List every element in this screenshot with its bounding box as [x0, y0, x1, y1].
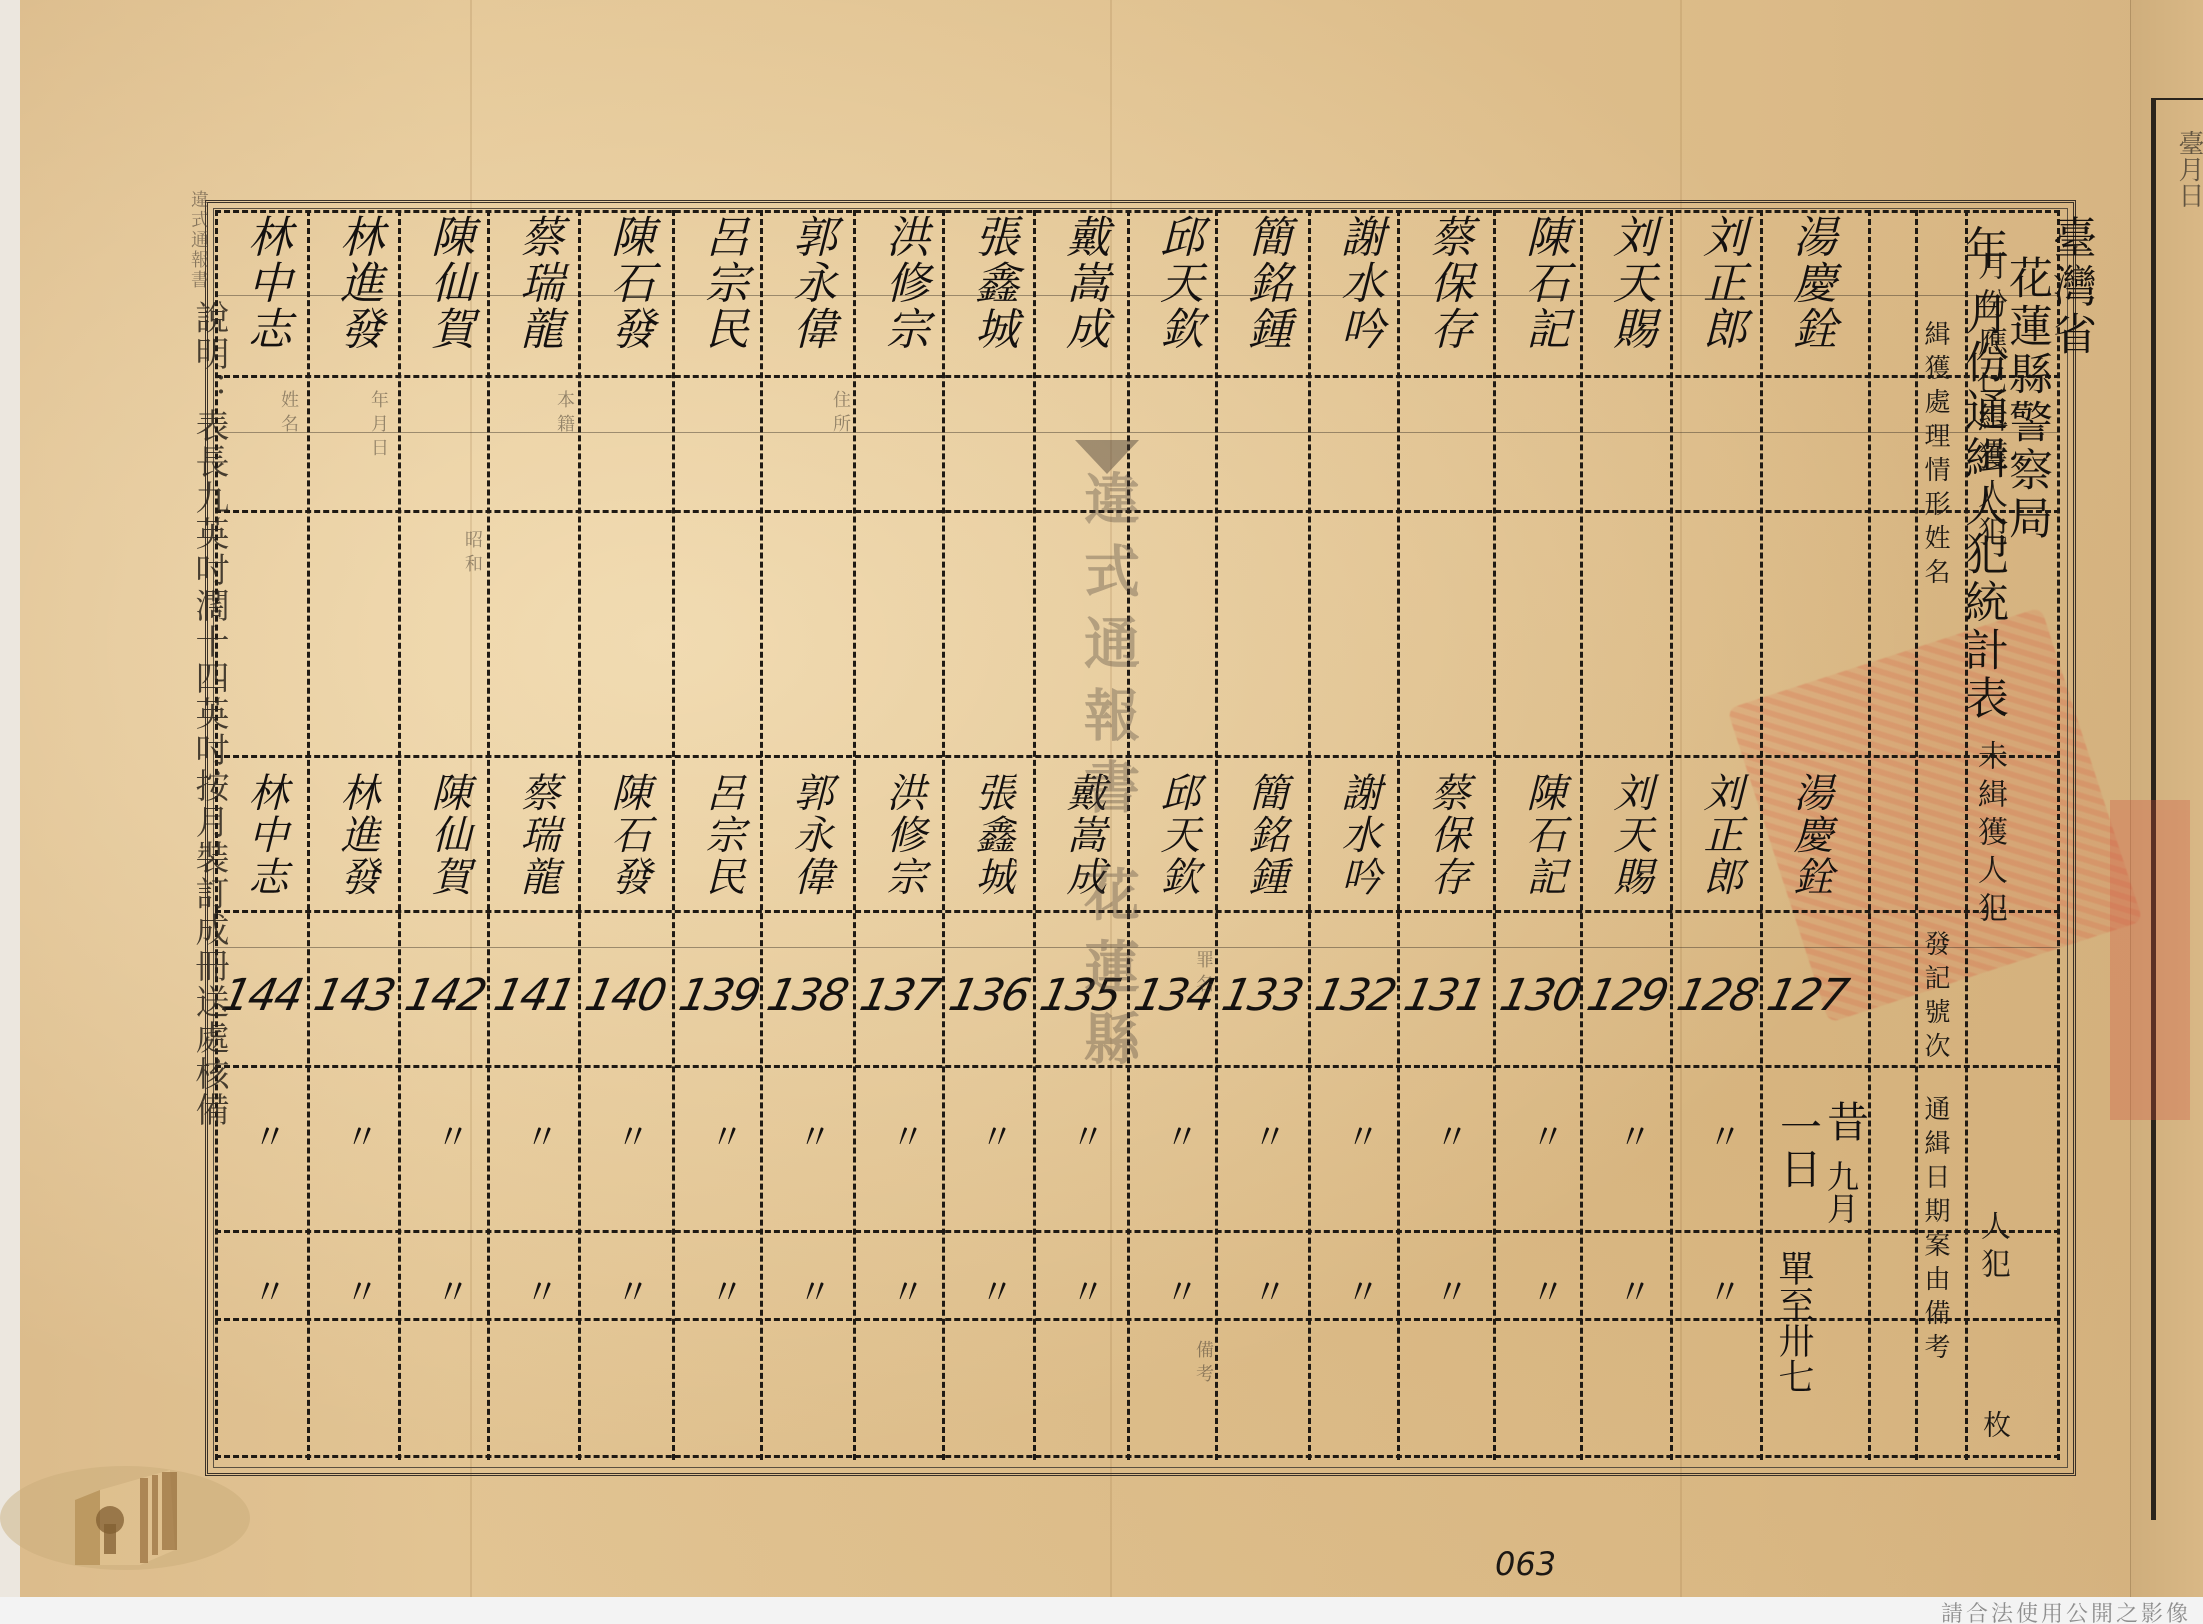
printed-label: 昭和 — [459, 530, 485, 578]
ditto-mark: 〃 — [891, 1110, 925, 1159]
record-number: 129 — [1579, 970, 1676, 1021]
page-number: 063 — [1495, 1545, 1556, 1583]
record-name-copy: 刘天賜 — [1602, 772, 1659, 898]
record-column-133: 簡銘鍾 簡銘鍾 133 〃 〃 — [1215, 210, 1308, 1460]
record-name-copy: 邱天欽 — [1149, 772, 1206, 898]
ditto-mark: 〃 — [345, 1110, 379, 1159]
record-number: 143 — [306, 970, 403, 1021]
record-name: 湯慶銓 — [1778, 214, 1842, 352]
ditto-mark: 〃 — [1531, 1110, 1565, 1159]
record-number: 132 — [1307, 970, 1404, 1021]
record-number: 139 — [671, 970, 768, 1021]
ditto-mark: 〃 — [436, 1265, 470, 1314]
record-name-copy: 陳石發 — [600, 772, 657, 898]
record-name: 陳石發 — [596, 214, 660, 352]
record-name: 林進發 — [325, 214, 389, 352]
ditto-mark: 〃 — [1435, 1265, 1469, 1314]
printed-label: 備考 — [1190, 1340, 1216, 1388]
record-name: 謝水吟 — [1326, 214, 1390, 352]
header-wanted-date: 通緝日期案由備考 — [1917, 1095, 1954, 1367]
ditto-mark: 〃 — [1071, 1110, 1105, 1159]
record-name-copy: 林中志 — [237, 772, 294, 898]
record-name-copy: 林進發 — [329, 772, 386, 898]
ditto-mark: 〃 — [1435, 1110, 1469, 1159]
printed-label: 姓名 — [275, 390, 301, 438]
record-name: 林中志 — [233, 214, 297, 352]
ditto-mark: 〃 — [1253, 1265, 1287, 1314]
record-name: 洪修宗 — [871, 214, 935, 352]
record-number: 136 — [941, 970, 1038, 1021]
header-arrest-status: 緝獲處理情形姓名 — [1917, 320, 1954, 592]
side-printed-label: 違式通報書 — [185, 190, 211, 290]
ditto-mark: 〃 — [525, 1110, 559, 1159]
record-column-140: 陳石發 陳石發 140 〃 〃 — [578, 210, 672, 1460]
record-number: 128 — [1669, 970, 1766, 1021]
printed-label: 本籍 — [551, 390, 577, 438]
record-name: 呂宗民 — [690, 214, 754, 352]
side-instruction-note: 說明：表長九英吋濶十四英吋按月裝訂成冊送處核備 — [185, 300, 234, 1128]
ditto-mark: 〃 — [710, 1110, 744, 1159]
ditto-mark: 〃 — [1708, 1265, 1742, 1314]
record-name-copy: 洪修宗 — [875, 772, 932, 898]
title-province: 臺灣省 — [2048, 215, 2092, 723]
record-name-copy: 陳石記 — [1515, 772, 1572, 898]
record-column-128: 刘正郎 刘正郎 128 〃 〃 — [1670, 210, 1760, 1460]
record-name-copy: 陳仙賀 — [420, 772, 477, 898]
ditto-mark: 〃 — [980, 1110, 1014, 1159]
page-title: 臺灣省 花蓮縣警察局 年 月份通緝人犯統計表 — [1960, 215, 2092, 723]
ditto-mark: 〃 — [798, 1110, 832, 1159]
record-name-copy: 郭永偉 — [782, 772, 839, 898]
record-name-copy: 張鑫城 — [964, 772, 1021, 898]
printed-stamp-text: 違式通報書 花蓮縣 — [1068, 470, 1148, 1082]
printed-label: 年月日 — [365, 390, 391, 462]
record-name: 張鑫城 — [960, 214, 1024, 352]
record-name: 刘正郎 — [1688, 214, 1752, 352]
header-count: 枚 — [1975, 1410, 2015, 1446]
record-column-137: 洪修宗 洪修宗 137 〃 〃 — [853, 210, 942, 1460]
header-not-arrested: 未緝獲人犯 — [1967, 740, 2011, 930]
ditto-mark: 〃 — [1165, 1110, 1199, 1159]
record-name: 簡銘鍾 — [1233, 214, 1297, 352]
grid-rule — [1868, 210, 1871, 1460]
record-column-136: 張鑫城 張鑫城 136 〃 〃 — [942, 210, 1033, 1460]
record-number: 130 — [1492, 970, 1589, 1021]
ditto-mark: 〃 — [1531, 1265, 1565, 1314]
record-name: 邱天欽 — [1145, 214, 1209, 352]
title-form-name: 年 月份通緝人犯統計表 — [1960, 225, 2004, 723]
record-number: 127 — [1759, 970, 1856, 1021]
ditto-mark: 〃 — [436, 1110, 470, 1159]
record-name-copy: 湯慶銓 — [1782, 772, 1839, 898]
record-name-copy: 簡銘鍾 — [1237, 772, 1294, 898]
ditto-mark: 〃 — [253, 1265, 287, 1314]
record-name: 蔡瑞龍 — [505, 214, 569, 352]
footer-band — [0, 1597, 2203, 1624]
ditto-mark: 〃 — [1346, 1110, 1380, 1159]
ditto-mark: 〃 — [616, 1265, 650, 1314]
record-name: 郭永偉 — [778, 214, 842, 352]
ditto-mark: 〃 — [1618, 1265, 1652, 1314]
record-number: 138 — [759, 970, 856, 1021]
ditto-mark: 〃 — [1618, 1110, 1652, 1159]
record-column-131: 蔡保存 蔡保存 131 〃 〃 — [1397, 210, 1493, 1460]
printed-label: 住所 — [827, 390, 853, 438]
printed-label: 罪名 — [1190, 950, 1216, 998]
record-name: 蔡保存 — [1415, 214, 1479, 352]
record-number: 142 — [397, 970, 494, 1021]
ditto-mark: 〃 — [798, 1265, 832, 1314]
ditto-mark: 〃 — [1708, 1110, 1742, 1159]
header-criminal: 人犯 — [1970, 1210, 2014, 1286]
ditto-mark: 〃 — [980, 1265, 1014, 1314]
red-seal-stamp-edge — [2110, 800, 2190, 1120]
record-number: 133 — [1214, 970, 1311, 1021]
record-name: 陳仙賀 — [416, 214, 480, 352]
record-name-copy: 呂宗民 — [694, 772, 751, 898]
ditto-mark: 〃 — [253, 1110, 287, 1159]
record-number: 140 — [577, 970, 674, 1021]
ditto-mark: 〃 — [710, 1265, 744, 1314]
record-name-copy: 蔡瑞龍 — [509, 772, 566, 898]
ditto-mark: 〃 — [1253, 1110, 1287, 1159]
record-name: 刘天賜 — [1598, 214, 1662, 352]
ditto-mark: 〃 — [1346, 1265, 1380, 1314]
record-case-note: 單至卅七 — [1768, 1250, 1819, 1394]
record-number: 137 — [852, 970, 949, 1021]
ditto-mark: 〃 — [345, 1265, 379, 1314]
record-date-day: 一日 — [1768, 1105, 1828, 1189]
record-number: 141 — [486, 970, 583, 1021]
adjacent-page-fragment: 臺月日 — [2171, 130, 2203, 208]
record-column-127: 湯慶銓 湯慶銓 127 昔 九月 一日 單至卅七 — [1760, 210, 1868, 1460]
record-name: 戴嵩成 — [1051, 214, 1115, 352]
record-name: 陳石記 — [1511, 214, 1575, 352]
record-name-copy: 蔡保存 — [1419, 772, 1476, 898]
archive-logo-watermark-icon — [0, 1440, 250, 1570]
title-agency: 花蓮縣警察局 — [2004, 255, 2048, 723]
ditto-mark: 〃 — [616, 1110, 650, 1159]
ditto-mark: 〃 — [525, 1265, 559, 1314]
ditto-mark: 〃 — [1071, 1265, 1105, 1314]
record-number: 131 — [1396, 970, 1493, 1021]
ditto-mark: 〃 — [1165, 1265, 1199, 1314]
ditto-mark: 〃 — [891, 1265, 925, 1314]
record-column-129: 刘天賜 刘天賜 129 〃 〃 — [1580, 210, 1670, 1460]
printed-stamp-chevron — [1075, 440, 1139, 474]
header-issue-no: 發記號次 — [1917, 930, 1954, 1066]
record-column-142: 陳仙賀 陳仙賀 142 〃 〃 — [398, 210, 487, 1460]
record-name-copy: 刘正郎 — [1692, 772, 1749, 898]
record-name-copy: 謝水吟 — [1330, 772, 1387, 898]
record-column-132: 謝水吟 謝水吟 132 〃 〃 — [1308, 210, 1397, 1460]
record-column-130: 陳石記 陳石記 130 〃 〃 — [1493, 210, 1580, 1460]
footer-watermark: 請合法使用公開之影像 — [1941, 1597, 2191, 1624]
record-column-139: 呂宗民 呂宗民 139 〃 〃 — [672, 210, 760, 1460]
